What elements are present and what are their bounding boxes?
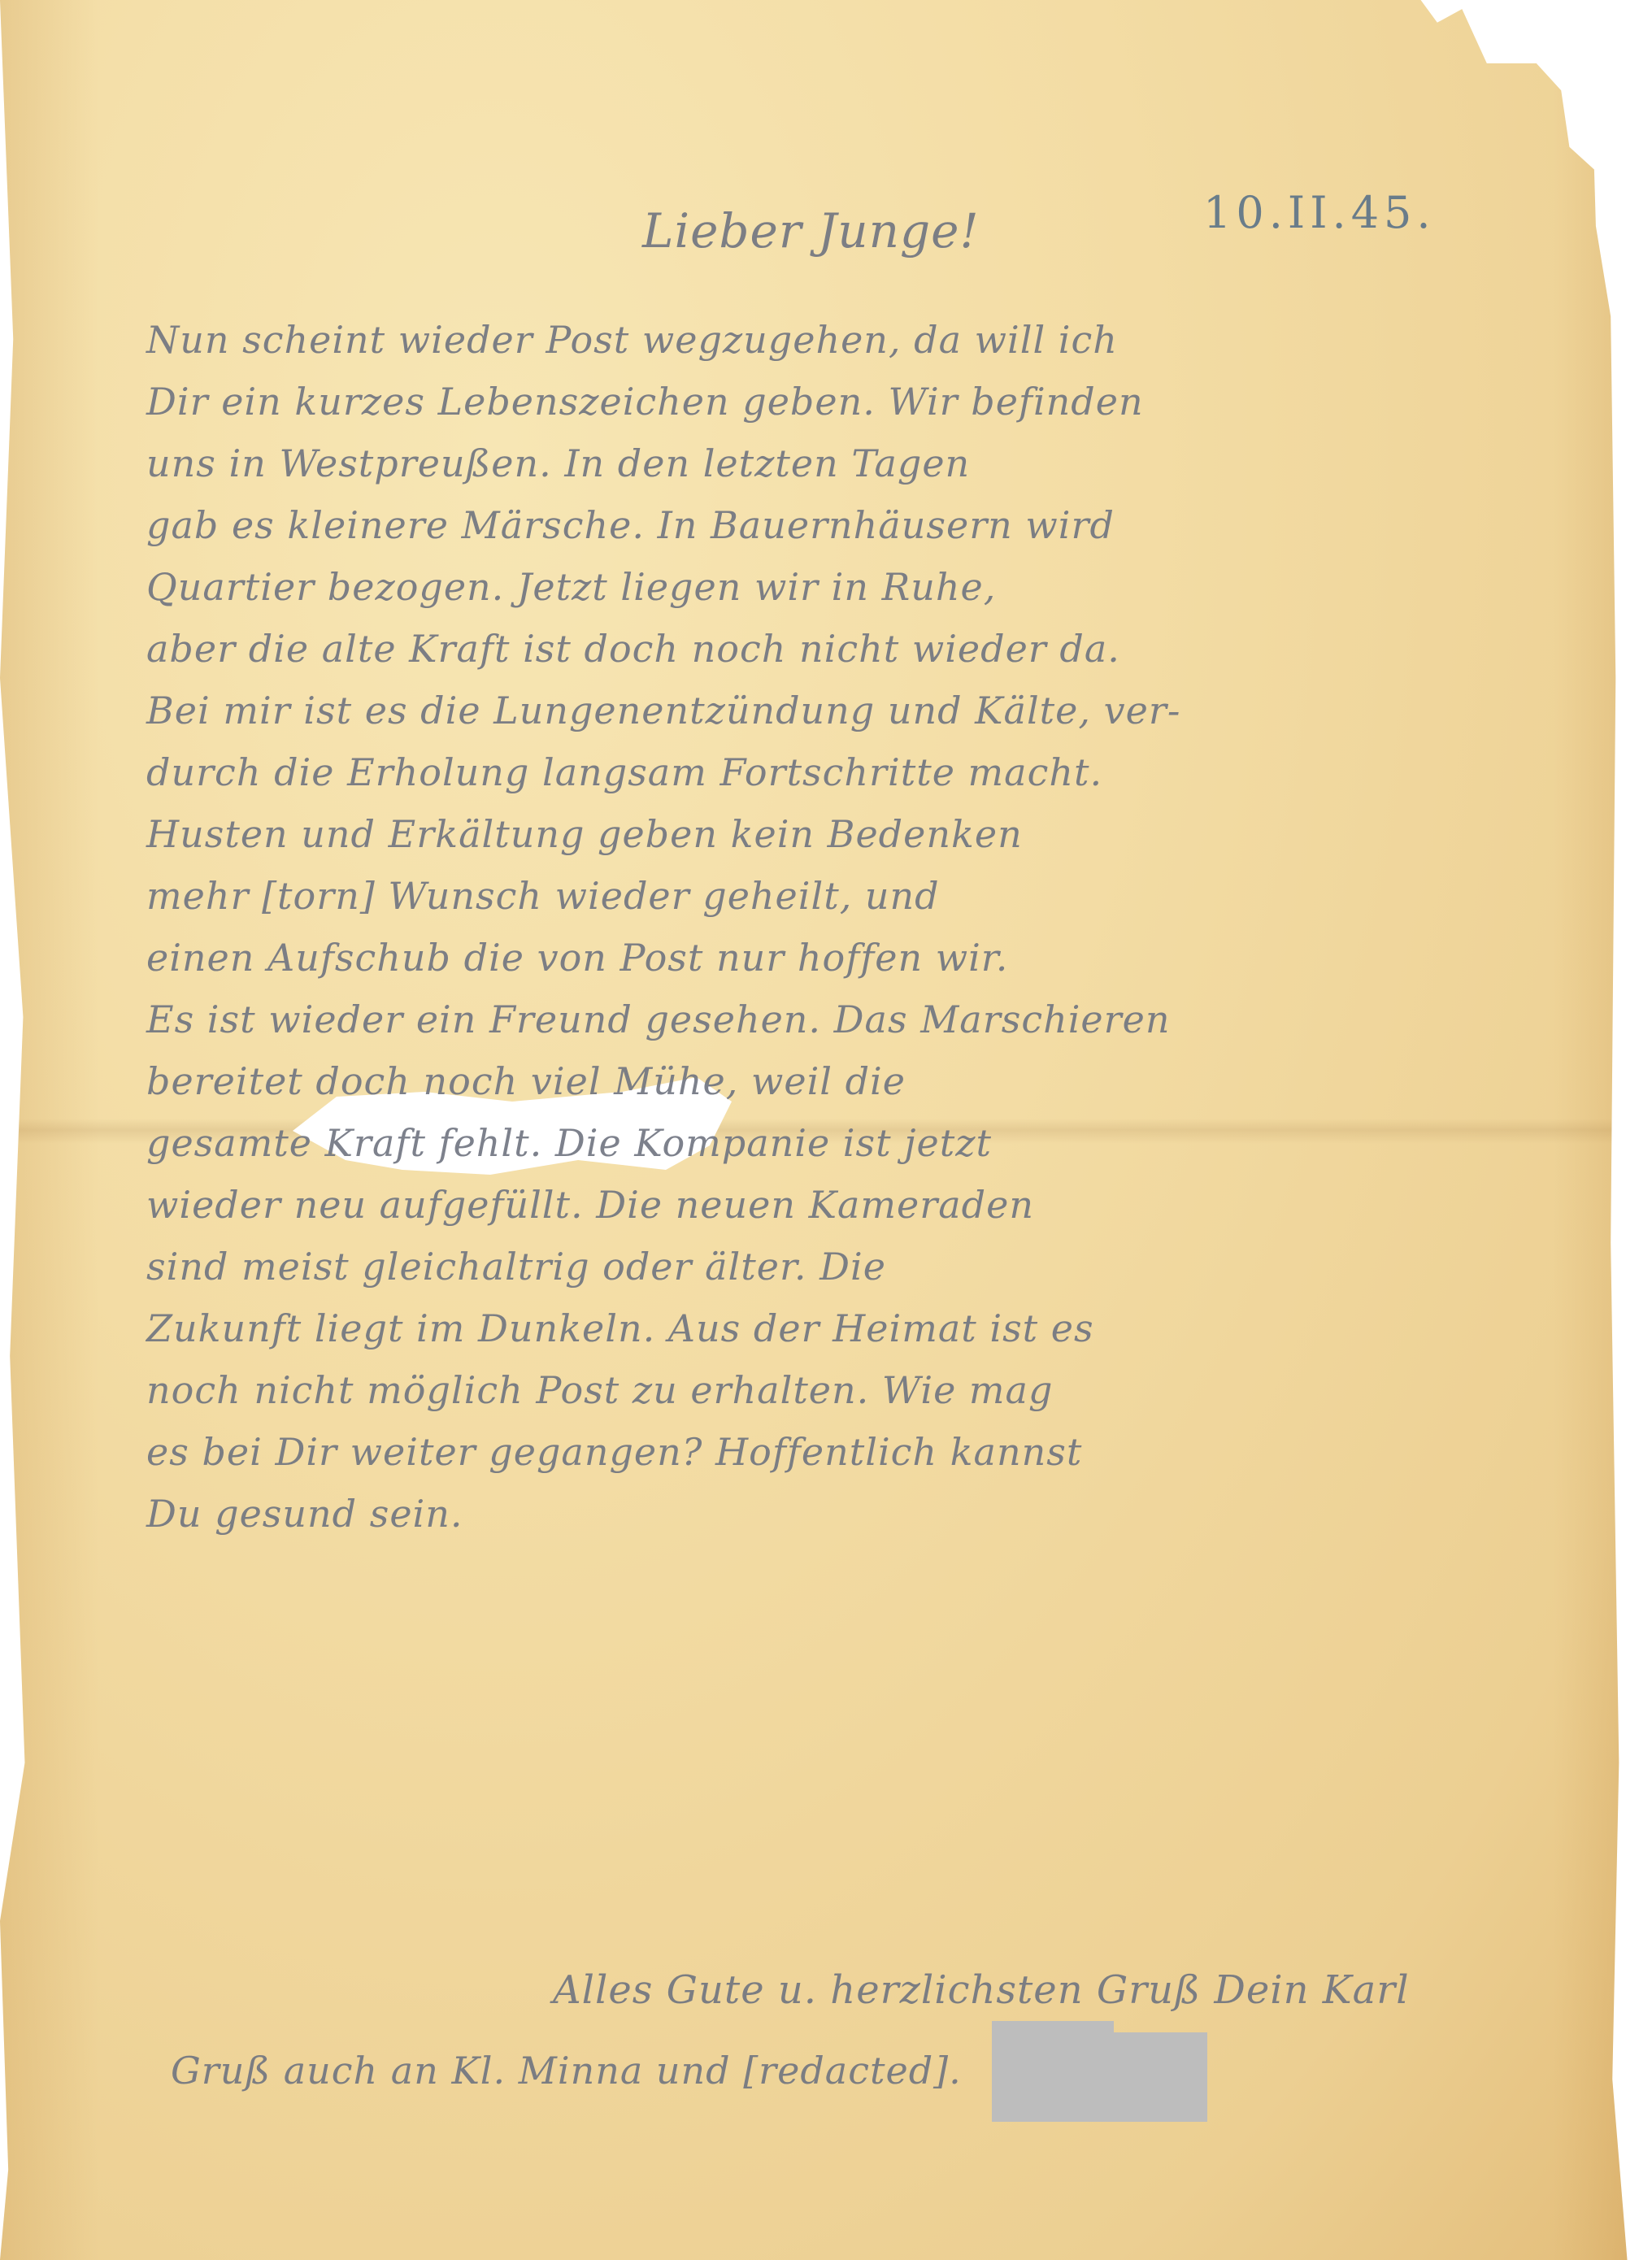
letter-salutation: Lieber Junge! [642,203,980,259]
letter-date: 10.II.45. [1203,187,1436,238]
letter-body: Nun scheint wieder Post wegzugehen, da w… [146,309,1528,1545]
letter-line: Quartier bezogen. Jetzt liegen wir in Ru… [146,556,1528,618]
letter-line: gesamte Kraft fehlt. Die Kompanie ist je… [146,1112,1528,1174]
letter-line: uns in Westpreußen. In den letzten Tagen [146,432,1528,494]
letter-postscript: Gruß auch an Kl. Minna und [redacted]. [171,2049,962,2093]
letter-line: noch nicht möglich Post zu erhalten. Wie… [146,1359,1528,1421]
letter-line: Nun scheint wieder Post wegzugehen, da w… [146,309,1528,371]
letter-line: Es ist wieder ein Freund gesehen. Das Ma… [146,989,1528,1050]
letter-line: sind meist gleichaltrig oder älter. Die [146,1236,1528,1297]
letter-line: Bei mir ist es die Lungenentzündung und … [146,680,1528,741]
letter-line: Du gesund sein. [146,1483,1528,1545]
letter-line: bereitet doch noch viel Mühe, weil die [146,1050,1528,1112]
letter-line: aber die alte Kraft ist doch noch nicht … [146,618,1528,680]
letter-line: Husten und Erkältung geben kein Bedenken [146,803,1528,865]
redaction-box [992,2032,1207,2122]
letter-line: wieder neu aufgefüllt. Die neuen Kamerad… [146,1174,1528,1236]
letter-line: gab es kleinere Märsche. In Bauernhäuser… [146,494,1528,556]
letter-line: Dir ein kurzes Lebenszeichen geben. Wir … [146,371,1528,432]
letter-line: mehr [torn] Wunsch wieder geheilt, und [146,865,1528,927]
letter-line: einen Aufschub die von Post nur hoffen w… [146,927,1528,989]
letter-line: Zukunft liegt im Dunkeln. Aus der Heimat… [146,1297,1528,1359]
letter-line: durch die Erholung langsam Fortschritte … [146,741,1528,803]
letter-line: es bei Dir weiter gegangen? Hoffentlich … [146,1421,1528,1483]
letter-closing: Alles Gute u. herzlichsten Gruß Dein Kar… [553,1967,1410,2013]
